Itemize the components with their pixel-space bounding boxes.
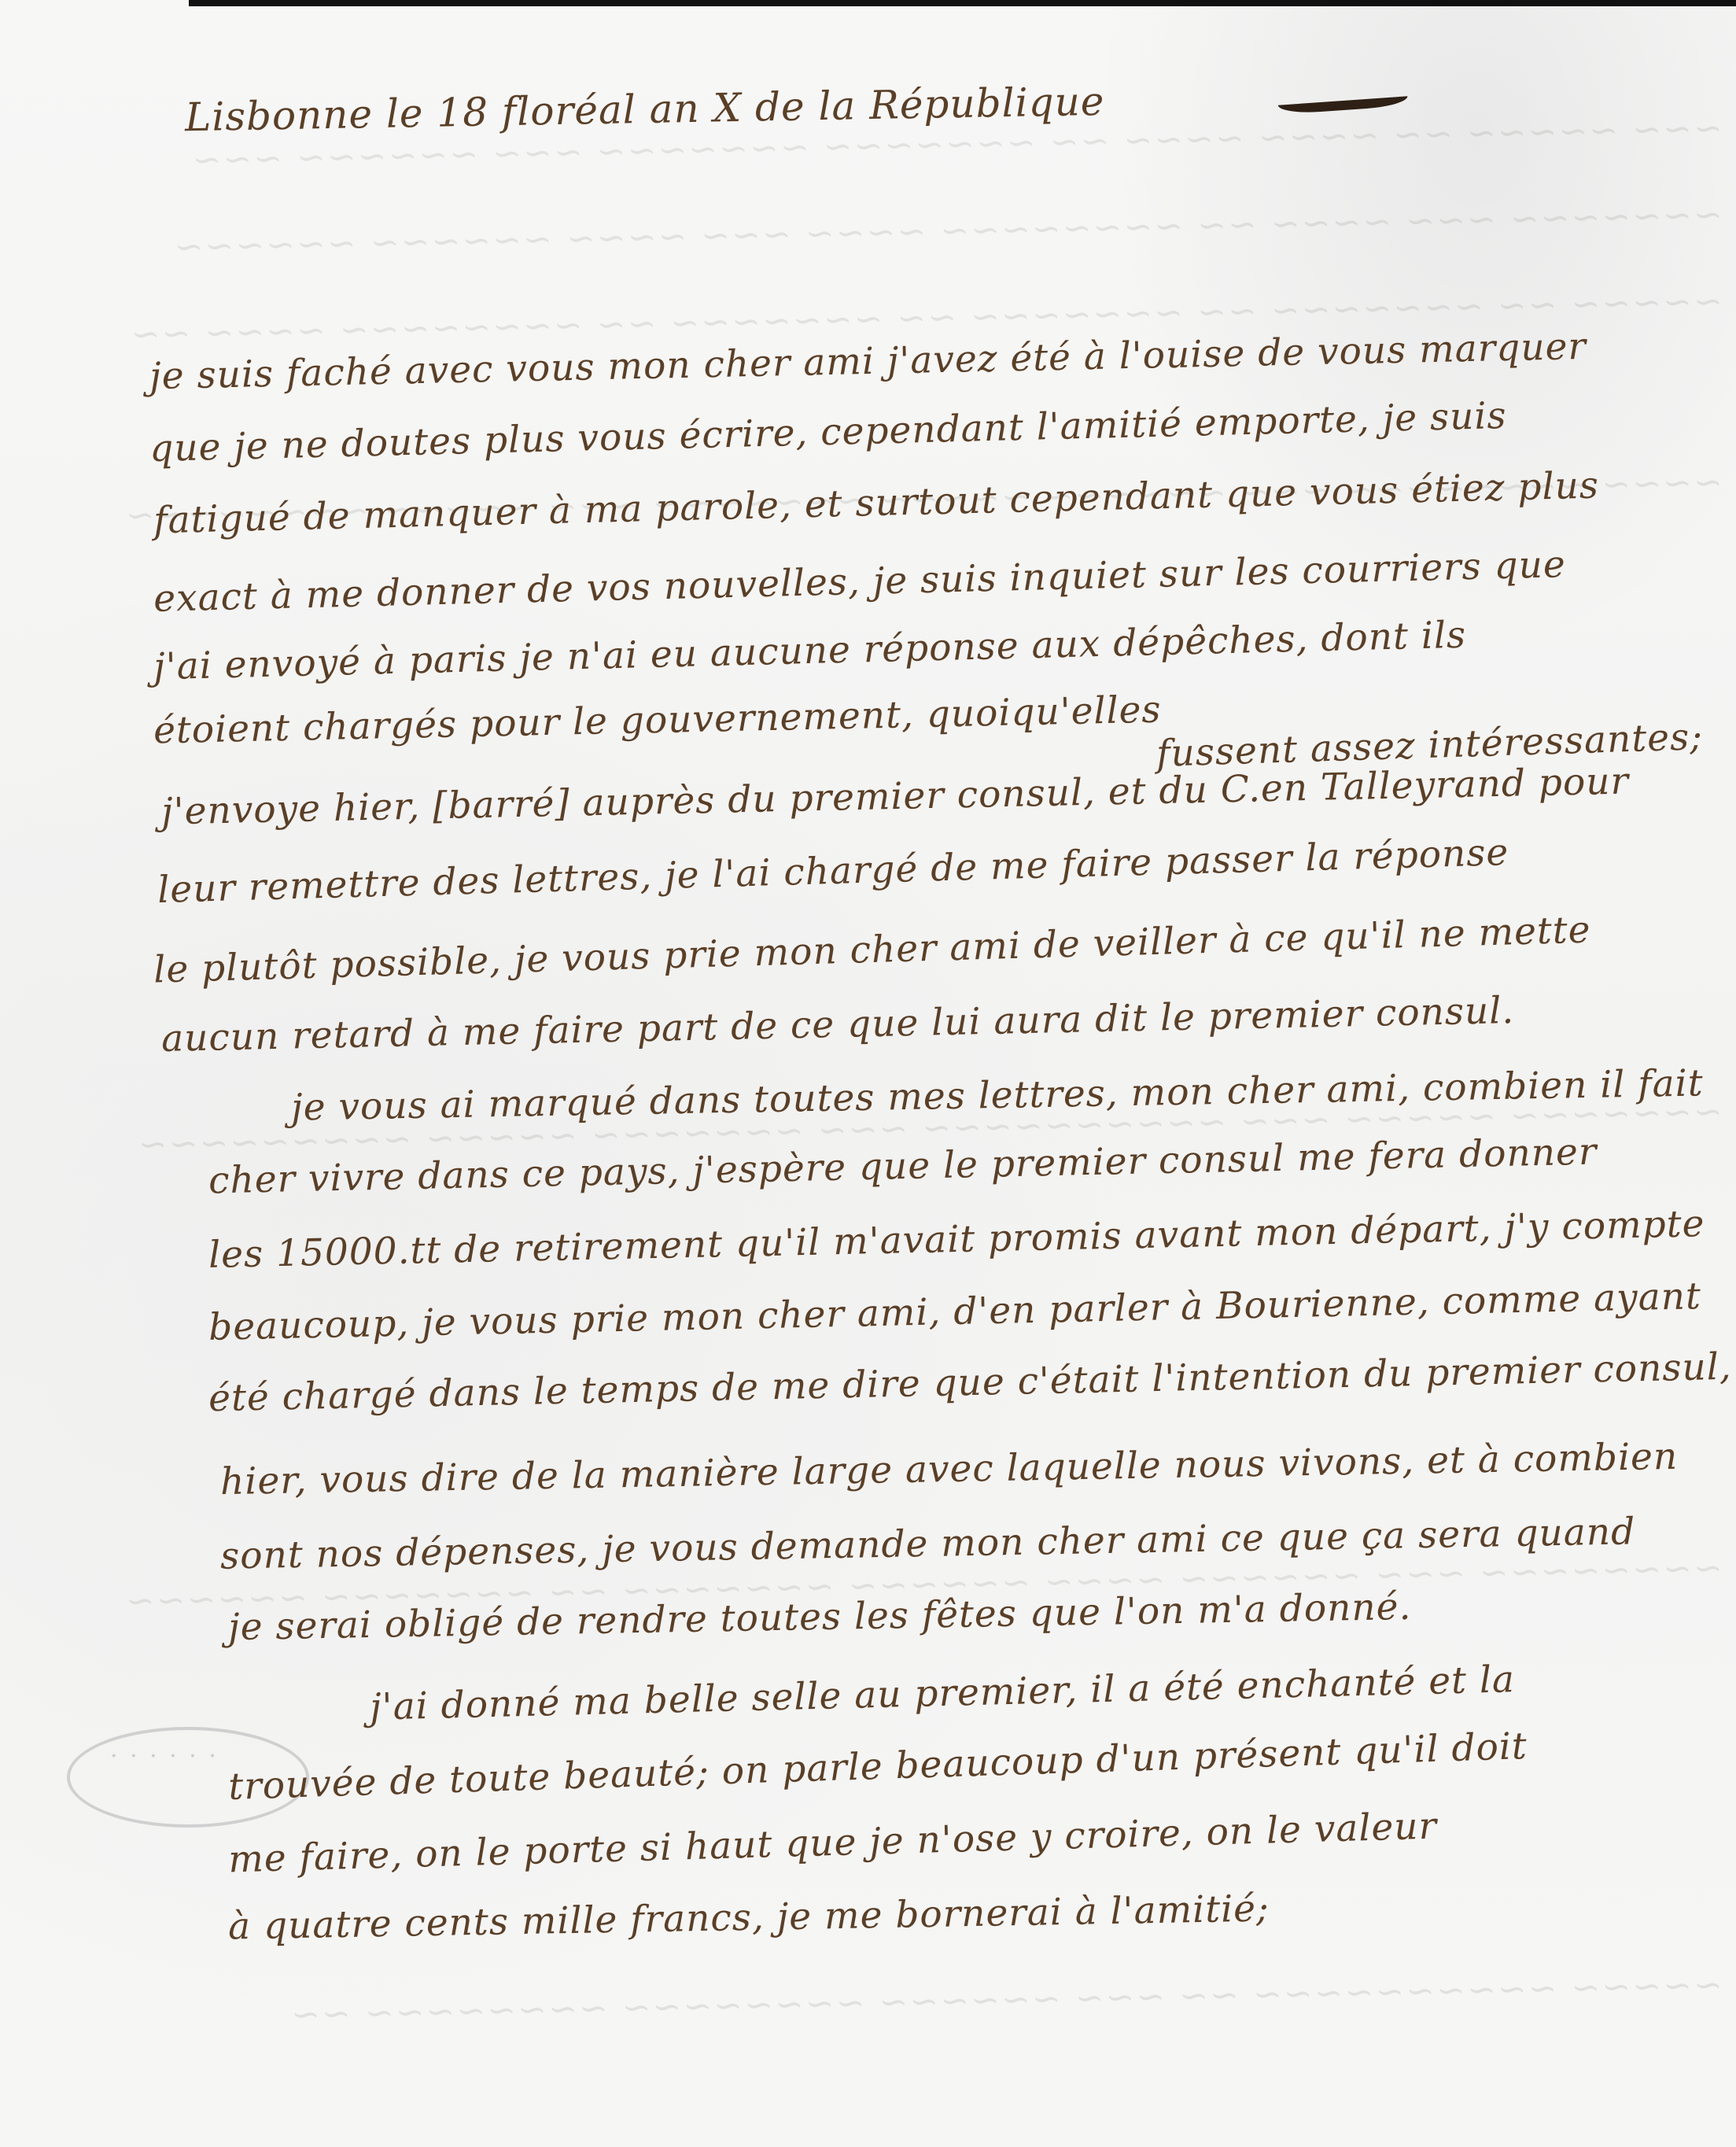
- bleed-through-text: ~~~~~~~ ~~~ ~~~~ ~~ ~~~~~~~~ ~~~~ ~~~ ~~…: [31, 194, 1723, 270]
- letter-line: me faire, on le porte si haut que je n'o…: [228, 1805, 1438, 1882]
- stamp-text: · · · · · ·: [110, 1743, 219, 1770]
- letter-line: à quatre cents mille francs, je me borne…: [228, 1887, 1270, 1948]
- bleed-through-text: ~~~~~ ~~~~~~~~~~ ~~ ~~~ ~~~~~~ ~~~~~~~~ …: [31, 1964, 1723, 2040]
- flourish-dash: [1278, 96, 1408, 114]
- letter-page: ~~~ ~~~~~ ~~ ~~~~ ~~~~ ~~ ~~~~~~~ ~~~~~~…: [0, 0, 1736, 2147]
- letter-line: le plutôt possible, je vous prie mon che…: [153, 908, 1592, 991]
- letter-line: aucun retard à me faire part de ce que l…: [161, 989, 1515, 1061]
- letter-line: hier, vous dire de la manière large avec…: [220, 1435, 1679, 1503]
- letter-line: leur remettre des lettres, je l'ai charg…: [157, 831, 1509, 912]
- letter-line: étoient chargés pour le gouvernement, qu…: [153, 688, 1162, 753]
- letter-line: exact à me donner de vos nouvelles, je s…: [153, 543, 1567, 621]
- letter-line: j'envoye hier, [barré] auprès du premier…: [161, 759, 1630, 833]
- letter-line: que je ne doutes plus vous écrire, cepen…: [149, 394, 1508, 470]
- letter-line: les 15000.tt de retirement qu'il m'avait…: [208, 1202, 1705, 1277]
- letter-line: j'ai envoyé à paris je n'ai eu aucune ré…: [153, 614, 1467, 689]
- letter-line: trouvée de toute beauté; on parle beauco…: [228, 1725, 1528, 1809]
- letter-line: j'ai donné ma belle selle au premier, il…: [370, 1658, 1516, 1729]
- letter-line: été chargé dans le temps de me dire que …: [208, 1345, 1733, 1421]
- scan-border: [189, 0, 1736, 6]
- letter-line-text: j'envoye hier, [barré] auprès du premier…: [161, 759, 1630, 833]
- letter-line: fatigué de manquer à ma parole, et surto…: [153, 464, 1600, 543]
- letter-line: beaucoup, je vous prie mon cher ami, d'e…: [208, 1275, 1702, 1349]
